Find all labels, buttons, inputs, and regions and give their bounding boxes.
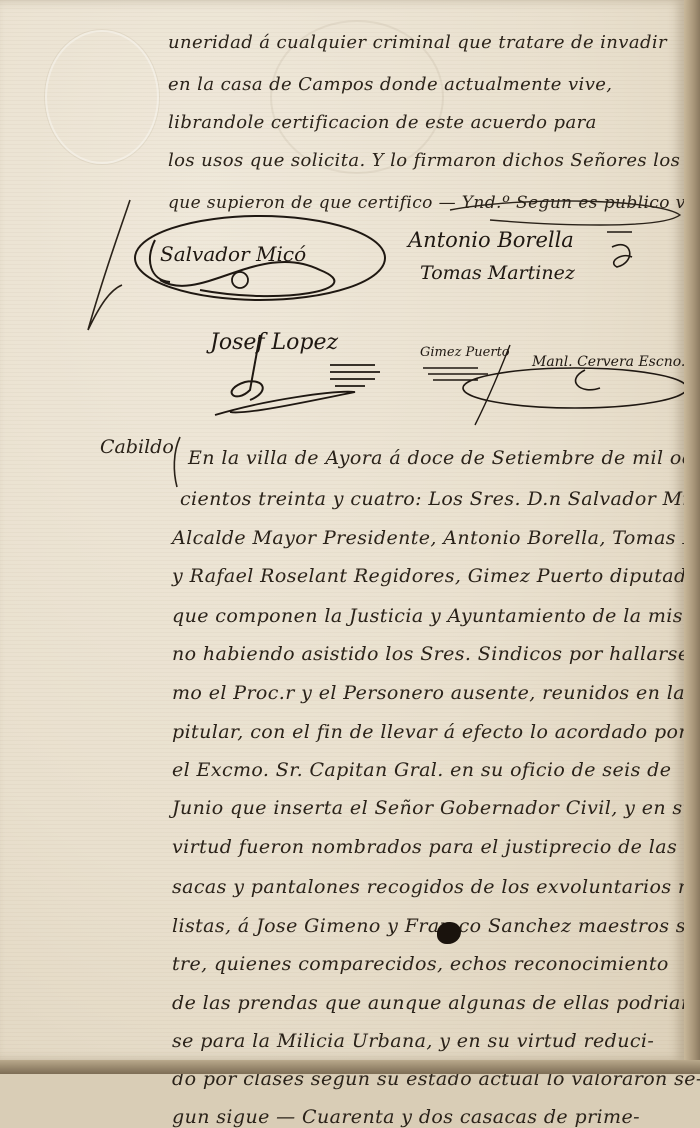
text-line: Junio que inserta el Señor Gobernador Ci… (172, 797, 695, 819)
text-line: en la casa de Campos donde actualmente v… (168, 74, 612, 95)
text-line: uneridad á cualquier criminal que tratar… (168, 32, 667, 53)
text-line: listas, á Jose Gimeno y Fran.co Sanchez … (172, 915, 700, 937)
text-line: no habiendo asistido los Sres. Sindicos … (172, 643, 700, 665)
text-line: pitular, con el fin de llevar á efecto l… (172, 721, 688, 743)
signature-salvador-mico: Salvador Micó (160, 242, 306, 266)
ink-blot (437, 922, 461, 944)
page-bottom-edge (0, 1060, 700, 1074)
signature-tomas-martinez: Tomas Martinez (420, 262, 575, 284)
signature-flourish-lopez (205, 330, 405, 420)
text-line: cientos treinta y cuatro: Los Sres. D.n … (180, 488, 700, 510)
text-line: librandole certificacion de este acuerdo… (168, 112, 597, 133)
manuscript-page: uneridad á cualquier criminal que tratar… (0, 0, 684, 1060)
text-line: que componen la Justicia y Ayuntamiento … (172, 605, 700, 627)
text-line: Alcalde Mayor Presidente, Antonio Borell… (172, 527, 700, 549)
text-line: tre, quienes comparecidos, echos reconoc… (172, 953, 669, 975)
page-edge (684, 0, 700, 1074)
text-line: se para la Milicia Urbana, y en su virtu… (172, 1030, 654, 1052)
text-line: En la villa de Ayora á doce de Setiembre… (188, 447, 700, 469)
signature-escribano: Manl. Cervera Escno. (532, 354, 685, 370)
margin-note-cabildo: Cabildo (100, 436, 174, 458)
embossed-seal-mark (45, 30, 159, 164)
text-line: de las prendas que aunque algunas de ell… (172, 992, 700, 1014)
text-line: los usos que solicita. Y lo firmaron dic… (168, 150, 680, 171)
text-line: el Excmo. Sr. Capitan Gral. en su oficio… (172, 759, 671, 781)
flourish-top-right (430, 190, 690, 250)
text-line: y Rafael Roselant Regidores, Gimez Puert… (172, 565, 700, 587)
text-line: sacas y pantalones recogidos de los exvo… (172, 876, 700, 898)
text-line: virtud fueron nombrados para el justipre… (172, 836, 700, 858)
text-line: mo el Proc.r y el Personero ausente, reu… (172, 682, 700, 704)
